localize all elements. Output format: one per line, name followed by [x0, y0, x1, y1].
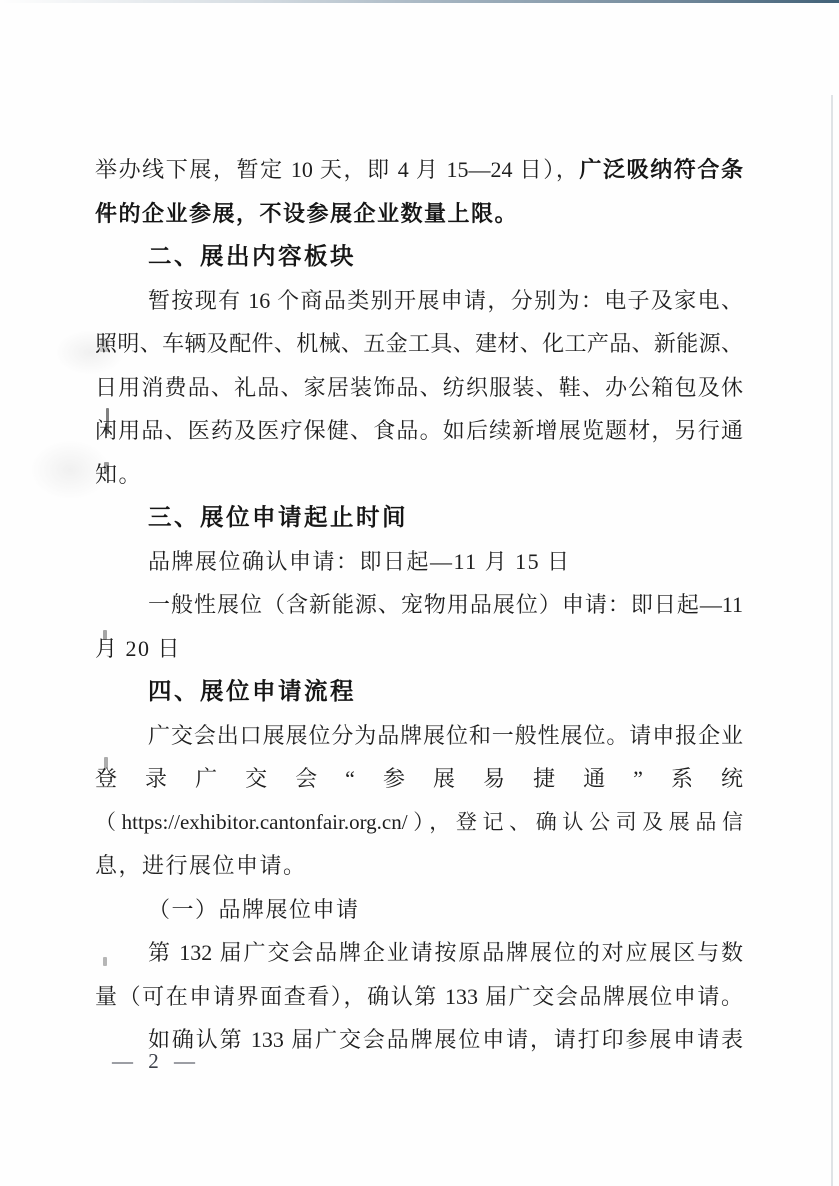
section-4-heading: 四、展位申请流程	[95, 670, 743, 714]
section-2-line: 日用消费品、礼品、家居装饰品、纺织服装、鞋、办公箱包及休	[95, 366, 743, 410]
section-3-heading: 三、展位申请起止时间	[95, 496, 743, 540]
section-2-heading: 二、展出内容板块	[95, 235, 743, 279]
section-2-line: 知。	[95, 453, 743, 497]
section-4-line-url: （https://exhibitor.cantonfair.org.cn/），登…	[95, 801, 743, 845]
section-3-line: 品牌展位确认申请：即日起—11 月 15 日	[95, 540, 743, 584]
section-3-line: 一般性展位（含新能源、宠物用品展位）申请：即日起—11	[95, 583, 743, 627]
intro-line-2: 件的企业参展，不设参展企业数量上限。	[95, 192, 743, 236]
subsection-1-heading: （一）品牌展位申请	[95, 888, 743, 932]
section-4-line: 息，进行展位申请。	[95, 844, 743, 888]
page-number: — 2 —	[112, 1046, 200, 1076]
subsection-1-line: 第 132 届广交会品牌企业请按原品牌展位的对应展区与数	[95, 931, 743, 975]
subsection-1-line: 量（可在申请界面查看），确认第 133 届广交会品牌展位申请。	[95, 975, 743, 1019]
section-2-line: 暂按现有 16 个商品类别开展申请，分别为：电子及家电、	[95, 279, 743, 323]
section-2-line: 闲用品、医药及医疗保健、食品。如后续新增展览题材，另行通	[95, 409, 743, 453]
intro-line-1: 举办线下展，暂定 10 天，即 4 月 15—24 日），广泛吸纳符合条	[95, 148, 743, 192]
section-3-line: 月 20 日	[95, 627, 743, 671]
document-body: 举办线下展，暂定 10 天，即 4 月 15—24 日），广泛吸纳符合条 件的企…	[95, 148, 743, 1062]
intro-line-1-regular: 举办线下展，暂定 10 天，即 4 月 15—24 日），	[95, 157, 579, 182]
section-2-line: 照明、车辆及配件、机械、五金工具、建材、化工产品、新能源、	[95, 322, 743, 366]
scan-right-edge-artifact	[831, 95, 833, 1186]
scan-top-edge-artifact	[0, 0, 839, 3]
intro-line-1-bold: 广泛吸纳符合条	[579, 157, 743, 182]
section-4-line: 广交会出口展展位分为品牌展位和一般性展位。请申报企业	[95, 714, 743, 758]
section-4-line-spread: 登录广交会“参展易捷通”系统	[95, 757, 743, 801]
scanned-document-page: 举办线下展，暂定 10 天，即 4 月 15—24 日），广泛吸纳符合条 件的企…	[0, 0, 839, 1186]
